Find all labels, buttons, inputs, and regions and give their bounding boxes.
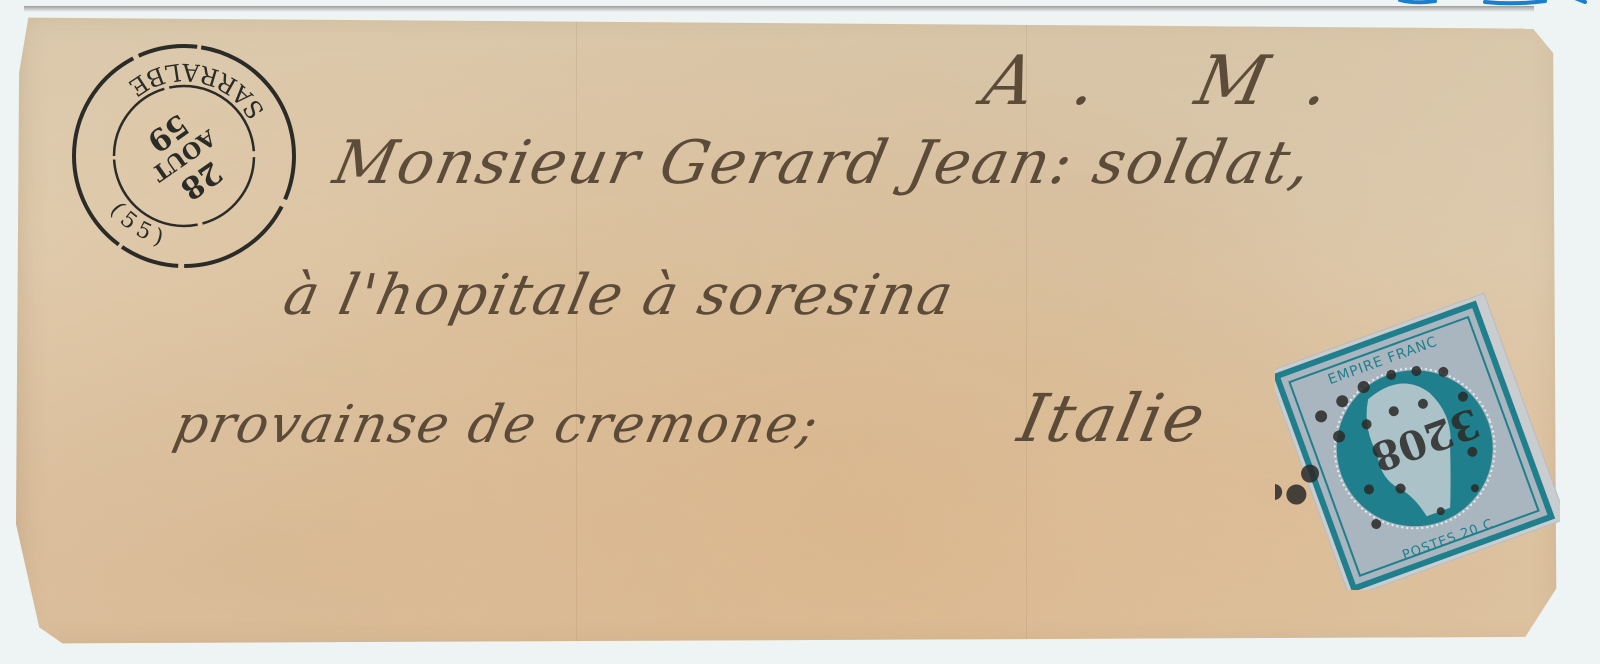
postmark-department: (55) (105, 198, 172, 253)
postage-stamp: EMPIRE FRANC POSTES 20 C 3208 (1275, 290, 1560, 590)
salutation: A. M. (977, 42, 1377, 121)
address-line-3: provainse de cremone; (169, 395, 825, 455)
address-line-2: à l'hopitale à soresina (278, 263, 960, 328)
address-country: Italie (1012, 380, 1214, 457)
address-line-1: Monsieur Gerard Jean: soldat, (328, 128, 1320, 198)
envelope-top-shadow (24, 6, 1534, 12)
fold-line (576, 8, 577, 653)
svg-text:(55): (55) (105, 198, 172, 253)
postmark-cachet: SARRALBE (55) 28 AOUT 59 (68, 40, 300, 272)
